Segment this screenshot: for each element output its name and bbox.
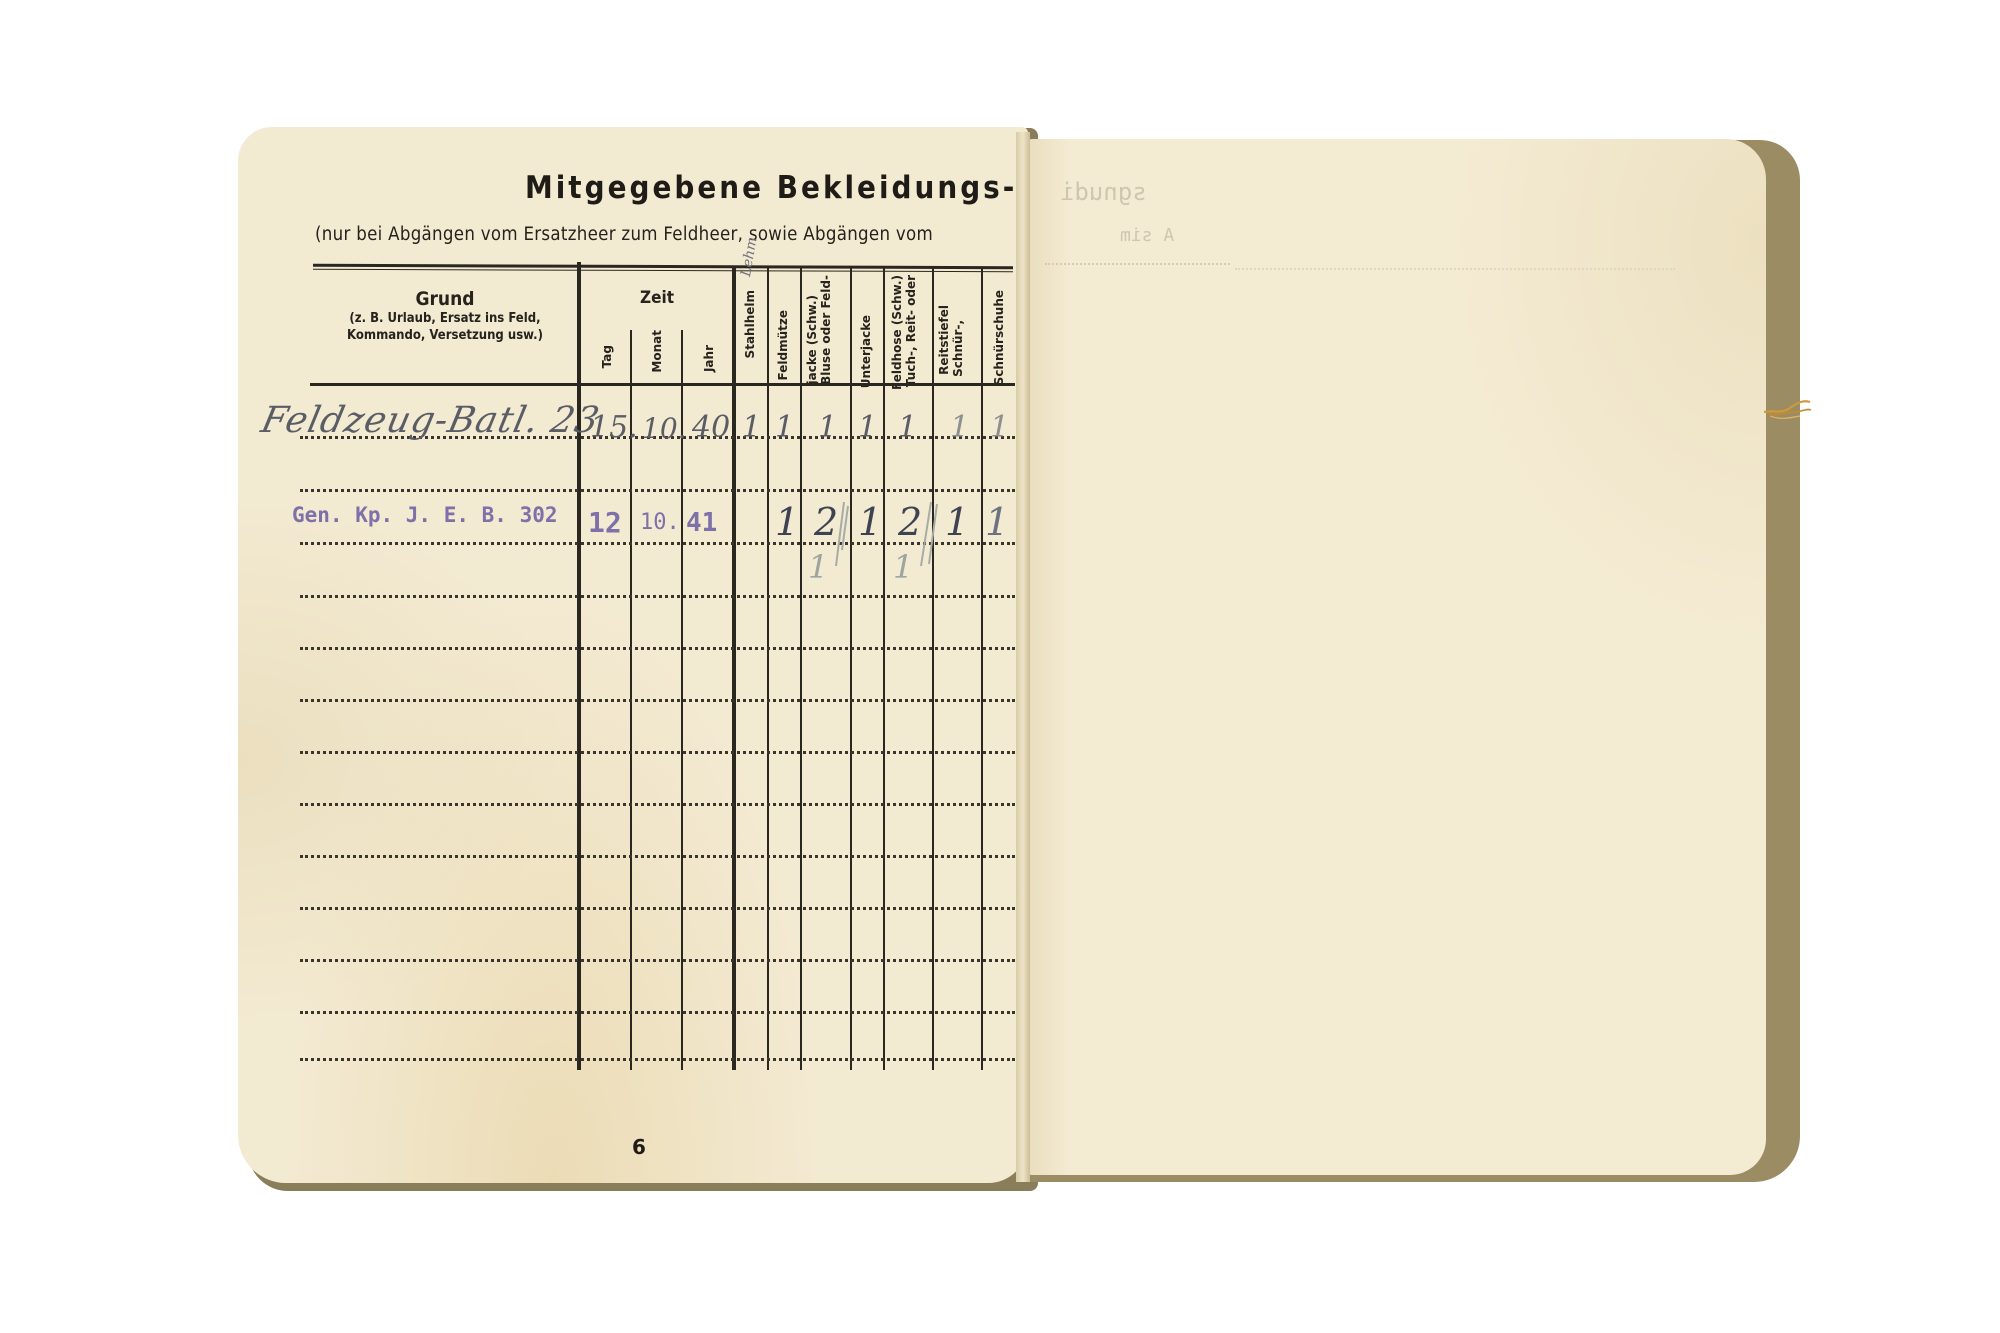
grid-line-unterjacke: [883, 268, 885, 1070]
grid-line-hose: [932, 268, 934, 1070]
column-header-stiefel-line2: Reitstiefel: [938, 305, 951, 375]
grund-hint-line1: (z. B. Urlaub, Ersatz ins Feld,: [310, 310, 580, 327]
page-number: 6: [632, 1135, 646, 1159]
book-spine: [1016, 132, 1030, 1182]
column-header-grund: Grund (z. B. Urlaub, Ersatz ins Feld, Ko…: [310, 288, 580, 344]
column-header-rule: [310, 383, 1015, 386]
entry-2-unterjacke: 1: [858, 500, 882, 544]
column-header-bluse-line2: jacke (Schw.): [806, 295, 819, 384]
show-through-text: A sim: [1120, 225, 1174, 246]
row-line: [300, 1011, 1015, 1014]
column-header-stahlhelm: Stahlhelm: [744, 290, 757, 358]
grid-line-jahr: [732, 268, 736, 1070]
show-through-rule: [1235, 268, 1675, 270]
grund-title: Grund: [310, 288, 580, 310]
row-line: [300, 907, 1015, 910]
column-header-stiefel-line1: Schnür-,: [952, 320, 965, 377]
column-header-tag: Tag: [601, 345, 614, 368]
grund-hint-line2: Kommando, Versetzung usw.): [310, 327, 580, 344]
entry-1-hose: 1: [898, 410, 917, 445]
entry-1-stahlhelm: 1: [742, 410, 761, 445]
right-page: [1026, 139, 1766, 1175]
entry-2-schnuerschuhe: 1: [985, 500, 1009, 544]
page-subtitle: (nur bei Abgängen vom Ersatzheer zum Fel…: [315, 224, 933, 245]
entry-1-stiefel: 1: [950, 410, 969, 445]
grid-line-stahlhelm: [767, 268, 769, 1070]
row-line: [300, 489, 1015, 492]
binding-thread-icon: [1764, 398, 1812, 424]
entry-2-monat: 10.: [640, 510, 680, 535]
column-header-zeit: Zeit: [582, 288, 732, 308]
column-header-unterjacke: Unterjacke: [860, 315, 873, 388]
entry-2-stiefel: 1: [945, 500, 969, 544]
entry-2-grund-stamp: Gen. Kp. J. E. B. 302: [292, 503, 558, 527]
entry-2-jahr: 41: [686, 508, 717, 538]
entry-1-feldmuetze: 1: [775, 410, 794, 445]
show-through-text: sgnudi: [1060, 178, 1147, 206]
page-title: Mitgegebene Bekleidungs-: [525, 170, 1017, 206]
entry-2-bluse-correction: 1: [808, 548, 828, 586]
column-header-hose-line1: Tuch-, Reit- oder: [905, 275, 918, 387]
pencil-strike-mark: [915, 500, 939, 570]
entry-1-unterjacke: 1: [858, 410, 877, 445]
row-line: [300, 1058, 1015, 1061]
grid-line-bluse: [850, 268, 852, 1070]
pencil-strike-mark: [830, 500, 850, 570]
entry-2-hose-correction: 1: [893, 548, 913, 586]
entry-1-schnuerschuhe: 1: [990, 410, 1009, 445]
grid-line-grund: [577, 262, 581, 1070]
entry-1-grund: Feldzeug-Batl. 23: [258, 400, 604, 441]
column-header-bluse-line1: Bluse oder Feld-: [820, 275, 833, 385]
row-line: [300, 855, 1015, 858]
entry-1-bluse: 1: [818, 410, 837, 445]
column-header-monat: Monat: [651, 330, 664, 373]
entry-2-feldmuetze: 1: [775, 500, 799, 544]
grid-line-feldmuetze: [800, 268, 802, 1070]
column-header-jahr: Jahr: [703, 345, 716, 372]
entry-2-tag: 12: [588, 506, 622, 539]
row-line: [300, 803, 1015, 806]
row-line: [300, 595, 1015, 598]
row-line: [300, 647, 1015, 650]
row-line: [300, 699, 1015, 702]
show-through-rule: [1045, 263, 1230, 265]
column-header-schnuerschuhe: Schnürschuhe: [993, 290, 1006, 385]
entry-1-tag: 15.: [590, 410, 638, 445]
row-line: [300, 959, 1015, 962]
column-header-hose-line2: Feldhose (Schw.): [891, 275, 904, 390]
entry-1-monat: 10.: [642, 412, 687, 445]
grid-line-stiefel: [981, 268, 983, 1070]
entry-1-jahr: 40: [692, 410, 730, 445]
column-header-feldmuetze: Feldmütze: [777, 310, 790, 380]
row-line: [300, 751, 1015, 754]
